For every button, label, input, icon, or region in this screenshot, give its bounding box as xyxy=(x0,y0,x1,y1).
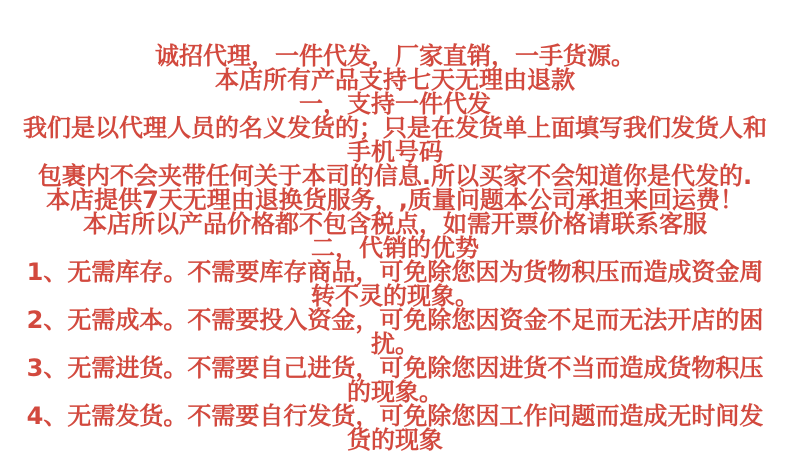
headline-sub: 本店所有产品支持七天无理由退款 xyxy=(0,68,790,92)
advantage-item-line: 扰。 xyxy=(0,332,790,356)
section2-title: 二，代销的优势 xyxy=(0,236,790,260)
section1-text-line: 本店提供7天无理由退换货服务，,质量问题本公司承担来回运费！ xyxy=(0,188,790,212)
advantage-item-line: 3、无需进货。不需要自己进货，可免除您因进货不当而造成货物积压 xyxy=(0,356,790,380)
section1-text-line: 包裹内不会夹带任何关于本司的信息.所以买家不会知道你是代发的. xyxy=(0,164,790,188)
section1-text-line: 本店所以产品价格都不包含税点，如需开票价格请联系客服 xyxy=(0,212,790,236)
section1-text-line: 我们是以代理人员的名义发货的；只是在发货单上面填写我们发货人和 xyxy=(0,116,790,140)
section1-title: 一，支持一件代发 xyxy=(0,92,790,116)
promo-poster: 诚招代理，一件代发，厂家直销，一手货源。 本店所有产品支持七天无理由退款 一，支… xyxy=(0,0,790,472)
advantage-item-line: 1、无需库存。不需要库存商品，可免除您因为货物积压而造成资金周 xyxy=(0,260,790,284)
advantage-item-line: 2、无需成本。不需要投入资金，可免除您因资金不足而无法开店的困 xyxy=(0,308,790,332)
headline: 诚招代理，一件代发，厂家直销，一手货源。 xyxy=(0,44,790,68)
advantage-item-line: 4、无需发货。不需要自行发货，可免除您因工作问题而造成无时间发 xyxy=(0,404,790,428)
advantage-item-line: 的现象。 xyxy=(0,380,790,404)
section1-text-line: 手机号码 xyxy=(0,140,790,164)
advantage-item-line: 货的现象 xyxy=(0,428,790,452)
advantage-item-line: 转不灵的现象。 xyxy=(0,284,790,308)
